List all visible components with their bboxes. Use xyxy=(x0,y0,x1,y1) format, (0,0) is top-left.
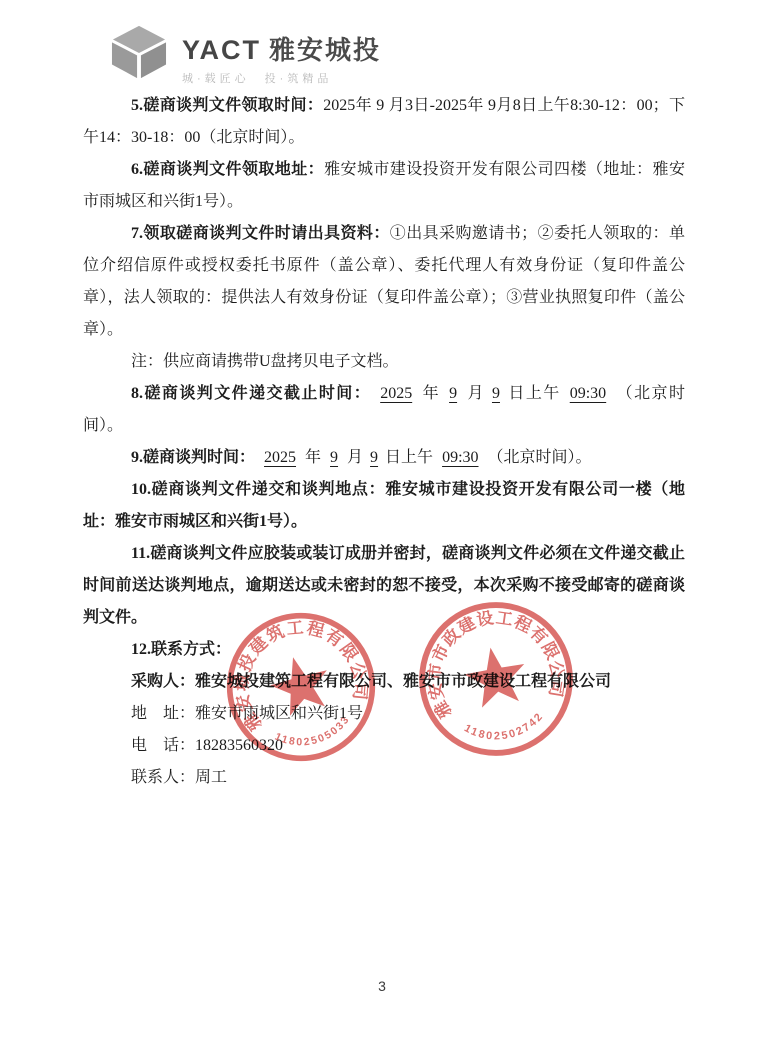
note-line: 注：供应商请携带U盘拷贝电子文档。 xyxy=(83,346,685,378)
paragraph-5: 5.磋商谈判文件领取时间：2025年 9 月3日-2025年 9月8日上午8:3… xyxy=(83,90,685,154)
deadline-year: 2025 xyxy=(371,385,421,402)
note-text: 注：供应商请携带U盘拷贝电子文档。 xyxy=(131,353,399,370)
buyer-value: 雅安城投建筑工程有限公司、雅安市市政建设工程有限公司 xyxy=(195,673,611,690)
talk-year: 2025 xyxy=(255,449,305,466)
phone-value: 18283560320 xyxy=(195,737,283,754)
paragraph-11-text: 11.磋商谈判文件应胶装或装订成册并密封，磋商谈判文件必须在文件递交截止时间前送… xyxy=(83,545,685,626)
paragraph-6-label: 6.磋商谈判文件领取地址： xyxy=(131,161,324,178)
paragraph-10-label: 10.磋商谈判文件递交和谈判地点： xyxy=(131,481,385,498)
talk-time: 09:30 xyxy=(433,449,487,466)
paragraph-8-label: 8.磋商谈判文件递交截止时间： xyxy=(131,385,371,402)
paragraph-11: 11.磋商谈判文件应胶装或装订成册并密封，磋商谈判文件必须在文件递交截止时间前送… xyxy=(83,538,685,634)
phone-line: 电 话：18283560320 xyxy=(83,730,685,762)
paragraph-9-label: 9.磋商谈判时间： xyxy=(131,449,255,466)
paragraph-8: 8.磋商谈判文件递交截止时间：2025年9月9日上午09:30（北京时间）。 xyxy=(83,378,685,442)
year-unit: 年 xyxy=(305,449,321,466)
cube-logo-icon xyxy=(110,24,168,85)
address-line: 地 址：雅安市雨城区和兴街1号 xyxy=(83,698,685,730)
day-unit: 日上午 xyxy=(507,385,561,402)
month-unit: 月 xyxy=(347,449,363,466)
paragraph-9-suffix: （北京时间）。 xyxy=(488,449,592,466)
address-label: 地 址： xyxy=(131,705,195,722)
deadline-month: 9 xyxy=(440,385,466,402)
page-number: 3 xyxy=(0,978,764,994)
paragraph-5-label: 5.磋商谈判文件领取时间： xyxy=(131,97,323,114)
talk-day: 9 xyxy=(363,449,385,466)
brand-en: YACT xyxy=(182,35,261,66)
day-unit: 日上午 xyxy=(385,449,433,466)
deadline-day: 9 xyxy=(485,385,507,402)
buyer-line: 采购人：雅安城投建筑工程有限公司、雅安市市政建设工程有限公司 xyxy=(83,666,685,698)
contact-heading: 12.联系方式： xyxy=(131,641,231,658)
year-unit: 年 xyxy=(421,385,440,402)
address-value: 雅安市雨城区和兴街1号 xyxy=(195,705,363,722)
contact-block: 12.联系方式： 采购人：雅安城投建筑工程有限公司、雅安市市政建设工程有限公司 … xyxy=(83,634,685,794)
talk-month: 9 xyxy=(321,449,347,466)
document-page: { "logo": { "brand_en": "YACT", "brand_c… xyxy=(0,0,764,1037)
person-label: 联系人： xyxy=(131,769,195,786)
paragraph-9: 9.磋商谈判时间：2025年9月9日上午09:30（北京时间）。 xyxy=(83,442,685,474)
company-logo: YACT 雅安城投 城·载匠心 投·筑精品 xyxy=(110,24,381,86)
deadline-time: 09:30 xyxy=(561,385,615,402)
paragraph-6: 6.磋商谈判文件领取地址：雅安城市建设投资开发有限公司四楼（地址：雅安市雨城区和… xyxy=(83,154,685,218)
phone-label: 电 话： xyxy=(131,737,195,754)
logo-text: YACT 雅安城投 城·载匠心 投·筑精品 xyxy=(182,24,381,86)
person-line: 联系人：周工 xyxy=(83,762,685,794)
paragraph-12-heading: 12.联系方式： xyxy=(83,634,685,666)
brand-tagline: 城·载匠心 投·筑精品 xyxy=(182,70,381,86)
person-value: 周工 xyxy=(195,769,227,786)
document-body: 5.磋商谈判文件领取时间：2025年 9 月3日-2025年 9月8日上午8:3… xyxy=(83,90,685,794)
month-unit: 月 xyxy=(466,385,485,402)
paragraph-7: 7.领取磋商谈判文件时请出具资料：①出具采购邀请书；②委托人领取的：单位介绍信原… xyxy=(83,218,685,346)
buyer-label: 采购人： xyxy=(131,673,195,690)
paragraph-10: 10.磋商谈判文件递交和谈判地点：雅安城市建设投资开发有限公司一楼（地址：雅安市… xyxy=(83,474,685,538)
paragraph-7-label: 7.领取磋商谈判文件时请出具资料： xyxy=(131,225,390,242)
brand-cn: 雅安城投 xyxy=(269,30,381,67)
